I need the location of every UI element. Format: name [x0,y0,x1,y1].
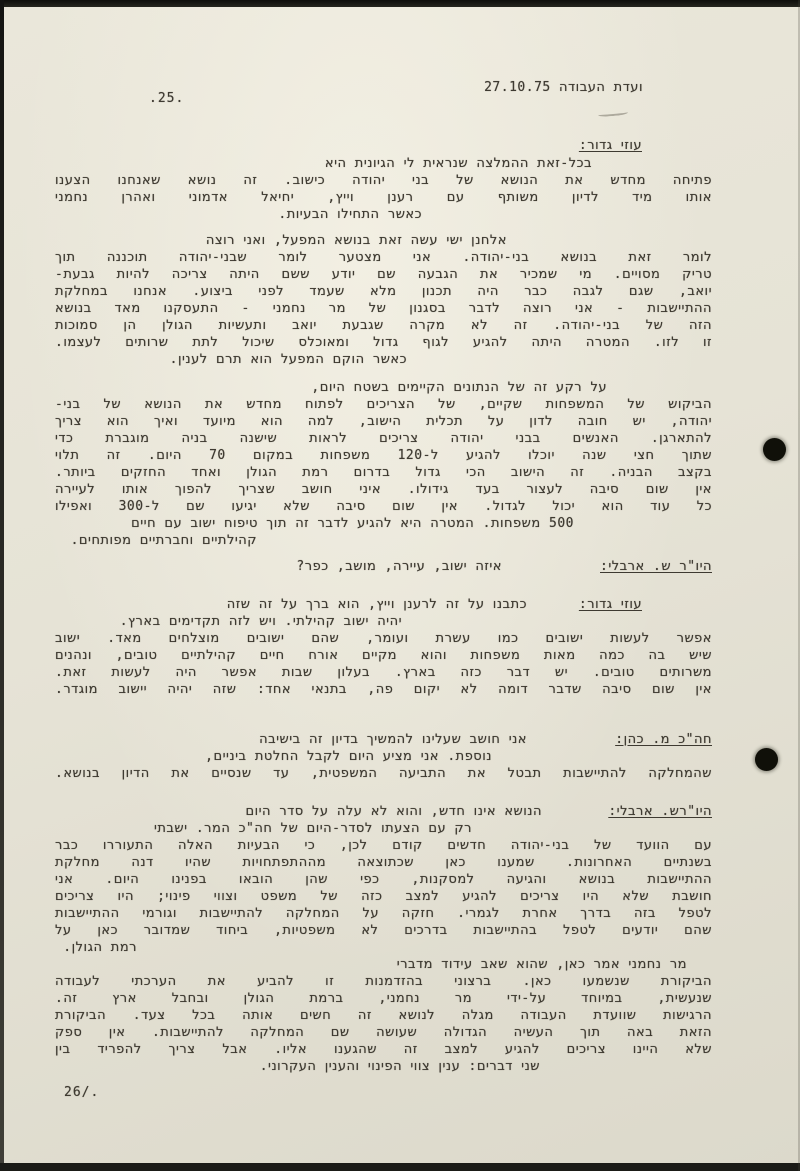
transcript-line: הרגישות שוועדת העבודה מגלה לנושא זה חשים… [55,1007,712,1024]
transcript-line: טריק מסויים. מי שמכיר את הגבעה שם יודע ש… [55,266,712,283]
punch-hole [763,438,786,461]
next-page-number: 26/. [64,1085,99,1100]
transcript-line: לומר זאת בנושא בני-יהודה. אני מצטער לומר… [55,249,712,266]
transcript-line: שהם יודעים לטפל בהתיישבות בדרכים לא משפט… [55,922,712,939]
speaker-label: היו"ר ש. ארבלי: [600,558,712,575]
speech-block: היו"ר ש. ארבלי:איזה ישוב, עיירה, מושב, כ… [55,558,712,575]
transcript-line: שנעשית, במיוחד על-ידי מר נחמני, ברמת הגו… [55,990,712,1007]
transcript-line: שני דברים: ענין צווי הפינוי והענין העקרו… [55,1058,540,1075]
transcript-line: אלחנן ישי עשה זאת בנושא המפעל, ואני רוצה [55,232,507,249]
transcript-line: ההתיישבות - אני רוצה לדבר בסגנון של מר נ… [55,300,712,317]
transcript-line: זו לזו. המטרה היתה להגיע לגוף גדול ומאוכ… [55,334,712,351]
transcript-line: כל עוד הוא יכול לגדול. אין שום סיבה שלא … [55,498,712,515]
transcript-line: כתבנו על זה לרענן וייץ, הוא ברך על זה שז… [55,596,527,613]
transcript-line: על רקע זה של הנתונים הקיימים בשטח היום, [55,379,607,396]
transcript-line: משרותים טובים. יש דבר כזה בארץ. בעלון שב… [55,664,712,681]
speech-block: אלחנן ישי עשה זאת בנושא המפעל, ואני רוצה… [55,232,712,368]
transcript-line: כאשר התחילו הבעיות. [55,206,422,223]
page-number: .25. [149,91,184,106]
transcript-line: יהודה, יש חובה לדון על תכלית הישוב, למה … [55,413,712,430]
transcript-line: הנושא אינו חדש, והוא לא עלה על סדר היום [55,803,542,820]
speech-block: היו"רש. ארבלי:הנושא אינו חדש, והוא לא על… [55,803,712,956]
transcript-line: פתיחה מחדש את הנושא של בני יהודה כישוב. … [55,172,712,189]
transcript-line: אפשר לעשות ישובים כמו עשרת ועומר, שהם יש… [55,630,712,647]
transcript-line: ההתיישבות בנושא והגיעה למסקנות, כפי שהן … [55,871,712,888]
transcript-line: חושבת שלא היו צריכים להגיע למצב כזה של מ… [55,888,712,905]
transcript-line: בקצב הבניה. זה הישוב הכי גדול בדרום רמת … [55,464,712,481]
speaker-label: עוזי גדור: [579,596,642,613]
transcript-line: להתארגן. האנשים בבני יהודה צריכים לראות … [55,430,712,447]
transcript-line: יואב, שגם לגבה כבר היה תכנון מלא שעמד לפ… [55,283,712,300]
speech-block: עוזי גדור: [55,137,712,154]
speech-block: בכל-זאת ההמלצה שנראית לי הגיונית היאפתיח… [55,155,712,223]
transcript-line: רמת הגולן. [55,939,137,956]
transcript-line: עם הוועד של בני-יהודה חדשים קודם לכן, כי… [55,837,712,854]
transcript-line: הזאת באה תוך העשיה הגדולה שעושה שם המחלק… [55,1024,712,1041]
transcript-body: עוזי גדור:בכל-זאת ההמלצה שנראית לי הגיונ… [55,137,712,1075]
committee-date-header: ועדת העבודה 27.10.75 [484,80,643,95]
speaker-label: חה"כ מ. כהן: [615,731,712,748]
transcript-line: 500 משפחות. המטרה היא להגיע לדבר זה תוך … [55,515,574,532]
transcript-line: הביקוש של המשפחות שקיים, של הצריכים לפתו… [55,396,712,413]
transcript-line: אותו מיד לדיון משותף עם רענן וייץ, יחיאל… [55,189,712,206]
scan-edge-bottom [0,1163,800,1171]
transcript-line: שיש בה כמה מאות משפחות והוא מקיים אורח ח… [55,647,712,664]
punch-hole [755,748,778,771]
speech-block: מר נחמני אמר כאן, שהוא שאב עידוד מדבריהב… [55,956,712,1075]
transcript-line: אין שום סיבה שדבר דומה לא יקום פה, בתנאי… [55,681,712,698]
transcript-line: שלא היינו צריכים להגיע למצב זה שהגענו אל… [55,1041,712,1058]
transcript-line: אין שום סיבה לעצור בעד גידולו. איני חושב… [55,481,712,498]
transcript-line: יהיה ישוב קהילתי. ויש לזה תקדימים בארץ. [55,613,402,630]
transcript-line: בשנתיים האחרונות. שמענו כאן שכתוצאה מההת… [55,854,712,871]
speech-block: על רקע זה של הנתונים הקיימים בשטח היום,ה… [55,379,712,549]
transcript-line: הזה של בני-יהודה. זה לא מקרה שגבעת יואב … [55,317,712,334]
speaker-label: עוזי גדור: [579,137,642,154]
speaker-label: היו"רש. ארבלי: [608,803,712,820]
transcript-line: מר נחמני אמר כאן, שהוא שאב עידוד מדברי [55,956,687,973]
transcript-line: בכל-זאת ההמלצה שנראית לי הגיונית היא [55,155,592,172]
transcript-line: לטפל בזה בדרך אחרת לגמרי. חזקה על המחלקה… [55,905,712,922]
transcript-line: שתוך חצי שנה יוכלו להגיע ל-120 משפחות במ… [55,447,712,464]
transcript-line: הביקורת שנשמעו כאן. ברצוני בהזדמנות זו ל… [55,973,712,990]
speech-block: חה"כ מ. כהן:אני חושב שעלינו להמשיך בדיון… [55,731,712,782]
scan-edge-top [0,0,800,7]
transcript-line: איזה ישוב, עיירה, מושב, כפר? [55,558,502,575]
transcript-line: כאשר הוקם המפעל הוא תרם לענין. [55,351,407,368]
scan-edge-left [0,0,4,1171]
transcript-line: שהמחלקה להתיישבות תבטל את התביעה המשפטית… [55,765,712,782]
transcript-line: נוספת. אני מציע היום לקבל החלטת ביניים, [55,748,492,765]
transcript-line: אני חושב שעלינו להמשיך בדיון זה בישיבה [55,731,527,748]
transcript-line: קהילתיים וחברתיים מפותחים. [55,532,257,549]
transcript-line: רק עם הצעתו לסדר-היום של חה"כ המר. ישבתי [55,820,472,837]
speech-block: עוזי גדור:כתבנו על זה לרענן וייץ, הוא בר… [55,596,712,698]
